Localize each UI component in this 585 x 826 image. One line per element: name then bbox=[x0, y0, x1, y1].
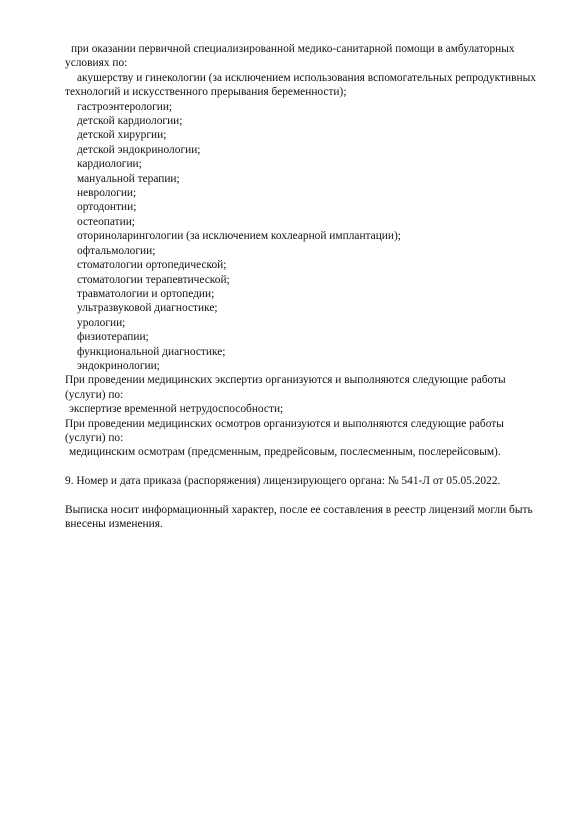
specialty-item: детской хирургии; bbox=[65, 128, 560, 142]
first-item-line2: технологий и искусственного прерывания б… bbox=[65, 85, 560, 99]
section-intro-line2: условиях по: bbox=[65, 56, 560, 70]
checkups-heading-line1: При проведении медицинских осмотров орга… bbox=[65, 417, 560, 431]
specialty-item: детской эндокринологии; bbox=[65, 143, 560, 157]
specialties-list: гастроэнтерологии;детской кардиологии;де… bbox=[65, 100, 560, 374]
specialty-item: детской кардиологии; bbox=[65, 114, 560, 128]
specialty-item: неврологии; bbox=[65, 186, 560, 200]
specialty-item: функциональной диагностике; bbox=[65, 345, 560, 359]
expertise-heading-line2: (услуги) по: bbox=[65, 388, 560, 402]
specialty-item: кардиологии; bbox=[65, 157, 560, 171]
specialty-item: травматологии и ортопедии; bbox=[65, 287, 560, 301]
specialty-item: стоматологии терапевтической; bbox=[65, 273, 560, 287]
specialty-item: гастроэнтерологии; bbox=[65, 100, 560, 114]
specialty-item: остеопатии; bbox=[65, 215, 560, 229]
first-item-line1: акушерству и гинекологии (за исключением… bbox=[65, 71, 560, 85]
section-intro-line1: при оказании первичной специализированно… bbox=[65, 42, 560, 56]
specialty-item: физиотерапии; bbox=[65, 330, 560, 344]
specialty-item: ультразвуковой диагностике; bbox=[65, 301, 560, 315]
specialty-item: эндокринологии; bbox=[65, 359, 560, 373]
checkups-heading-line2: (услуги) по: bbox=[65, 431, 560, 445]
specialty-item: урологии; bbox=[65, 316, 560, 330]
specialty-item: оториноларингологии (за исключением кохл… bbox=[65, 229, 560, 243]
disclaimer-line2: внесены изменения. bbox=[65, 517, 560, 531]
specialty-item: стоматологии ортопедической; bbox=[65, 258, 560, 272]
disclaimer-line1: Выписка носит информационный характер, п… bbox=[65, 503, 560, 517]
specialty-item: мануальной терапии; bbox=[65, 172, 560, 186]
specialty-item: офтальмологии; bbox=[65, 244, 560, 258]
checkups-item: медицинским осмотрам (предсменным, предр… bbox=[65, 445, 560, 459]
expertise-heading-line1: При проведении медицинских экспертиз орг… bbox=[65, 373, 560, 387]
spacer bbox=[65, 489, 560, 503]
specialty-item: ортодонтии; bbox=[65, 200, 560, 214]
spacer bbox=[65, 460, 560, 474]
expertise-item: экспертизе временной нетрудоспособности; bbox=[65, 402, 560, 416]
document-page: при оказании первичной специализированно… bbox=[65, 42, 560, 532]
order-info: 9. Номер и дата приказа (распоряжения) л… bbox=[65, 474, 560, 488]
